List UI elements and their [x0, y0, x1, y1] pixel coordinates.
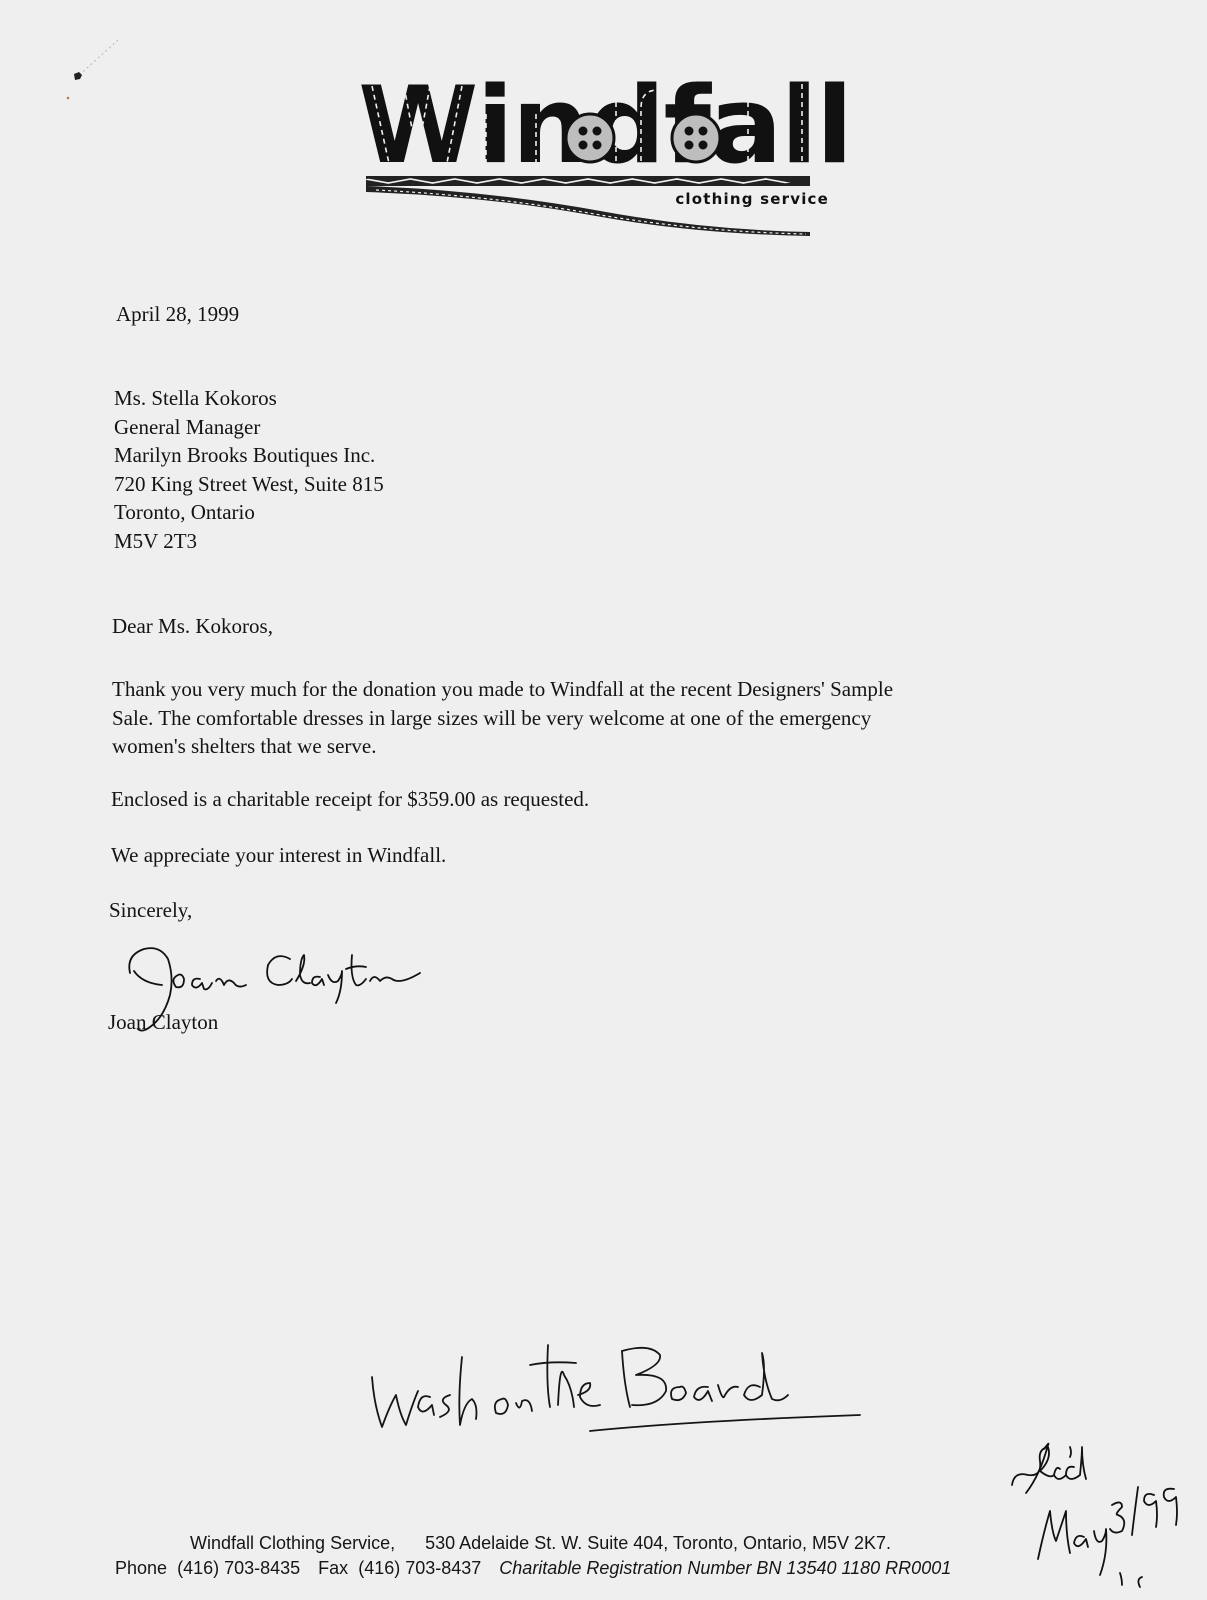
logo-wordmark: Windfall — [358, 78, 851, 174]
recipient-city: Toronto, Ontario — [114, 498, 384, 527]
footer-charitable-registration: Charitable Registration Number BN 13540 … — [499, 1558, 951, 1578]
body-paragraph-receipt: Enclosed is a charitable receipt for $35… — [111, 785, 589, 814]
recipient-name: Ms. Stella Kokoros — [114, 384, 384, 413]
handwritten-note: Wash on the Board — [360, 1325, 890, 1445]
handwritten-received-note: Rec'd May 3/99 — [1010, 1435, 1207, 1600]
recipient-postal-code: M5V 2T3 — [114, 527, 384, 556]
paragraph-line: Sale. The comfortable dresses in large s… — [112, 704, 1012, 733]
closing: Sincerely, — [109, 896, 192, 925]
recipient-title: General Manager — [114, 413, 384, 442]
paragraph-line: women's shelters that we serve. — [112, 732, 1012, 761]
footer-phone: (416) 703-8435 — [177, 1558, 300, 1578]
letter-date: April 28, 1999 — [116, 300, 239, 329]
footer-phone-label: Phone — [115, 1558, 167, 1578]
recipient-company: Marilyn Brooks Boutiques Inc. — [114, 441, 384, 470]
body-paragraph-thanks: Thank you very much for the donation you… — [112, 675, 1012, 761]
footer-contact-line: Phone (416) 703-8435Fax (416) 703-8437Ch… — [115, 1558, 951, 1579]
logo-tagline: clothing service — [675, 190, 829, 208]
recipient-address: Ms. Stella Kokoros General Manager Maril… — [114, 384, 384, 555]
signer-name: Joan Clayton — [108, 1008, 218, 1037]
footer-address-line: Windfall Clothing Service,530 Adelaide S… — [190, 1533, 891, 1554]
footer-address: 530 Adelaide St. W. Suite 404, Toronto, … — [425, 1533, 891, 1553]
body-paragraph-appreciation: We appreciate your interest in Windfall. — [111, 841, 446, 870]
footer-fax: (416) 703-8437 — [358, 1558, 481, 1578]
footer-organization: Windfall Clothing Service, — [190, 1533, 395, 1553]
footer-fax-label: Fax — [318, 1558, 348, 1578]
salutation: Dear Ms. Kokoros, — [112, 612, 273, 641]
letterhead-logo: Windfall — [358, 78, 833, 248]
recipient-street: 720 King Street West, Suite 815 — [114, 470, 384, 499]
scan-artifact — [62, 38, 122, 102]
paragraph-line: Thank you very much for the donation you… — [112, 675, 1012, 704]
